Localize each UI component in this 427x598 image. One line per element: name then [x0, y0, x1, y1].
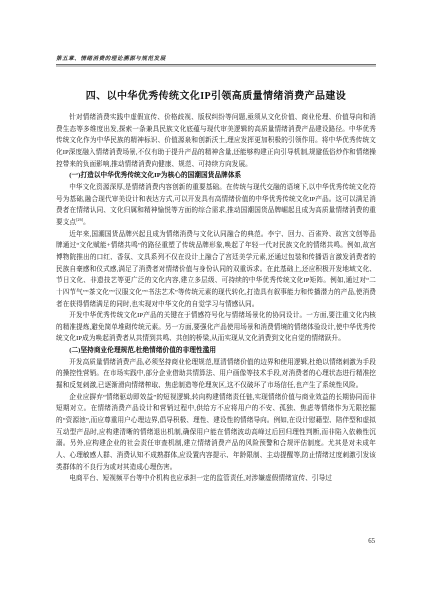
paragraph: 近年来,国潮国货品牌兴起且成为情绪消费与文化认同融合的典范。李宁、回力、百雀羚、…	[56, 229, 376, 311]
page-number: 65	[368, 538, 375, 545]
document-page: 第五章、情绪消费的理论溯源与规范发展 四、以中华优秀传统文化IP引领高质量情绪消…	[0, 0, 427, 598]
section-heading: (一)打造以中华优秀传统文化IP为核心的国潮国货品牌体系	[56, 170, 376, 182]
reference-marker: [26]	[76, 217, 83, 222]
paragraph: 开发高质量情绪消费产品,必须坚持商业伦理规范,厘清情绪价值的边界和使用逻辑,杜绝…	[56, 357, 376, 392]
paragraph: 电商平台、短视频平台等中介机构也应承担一定的监管责任,对涉嫌虚假情绪宣传、引导过	[56, 473, 376, 485]
running-header: 第五章、情绪消费的理论溯源与规范发展	[56, 54, 376, 64]
paragraph: 开发中华优秀传统文化IP产品的关键在于情感符号化与情绪场景化的协同设计。一方面,…	[56, 310, 376, 345]
paragraph: 针对情绪消费实践中虚假宣传、价格歧视、版权纠纷等问题,亟须从文化价值、商业伦理、…	[56, 112, 376, 170]
page-title: 四、以中华优秀传统文化IP引领高质量情绪消费产品建设	[56, 87, 376, 102]
header-rule	[56, 64, 376, 67]
section-heading: (二)坚持商业伦理规范,杜绝情绪价值的非理性滥用	[56, 345, 376, 357]
paragraph: 中华文化资源深厚,是情绪消费内容创新的重要基础。在传统与现代交融的语境下,以中华…	[56, 182, 376, 229]
paragraph: 企业应摒弃“情绪驱动即效益”的短视逻辑,转向构建情绪责任链,实现情绪价值与商业效…	[56, 392, 376, 474]
document-body: 针对情绪消费实践中虚假宣传、价格歧视、版权纠纷等问题,亟须从文化价值、商业伦理、…	[56, 112, 376, 485]
content-area: 第五章、情绪消费的理论溯源与规范发展 四、以中华优秀传统文化IP引领高质量情绪消…	[56, 54, 376, 485]
